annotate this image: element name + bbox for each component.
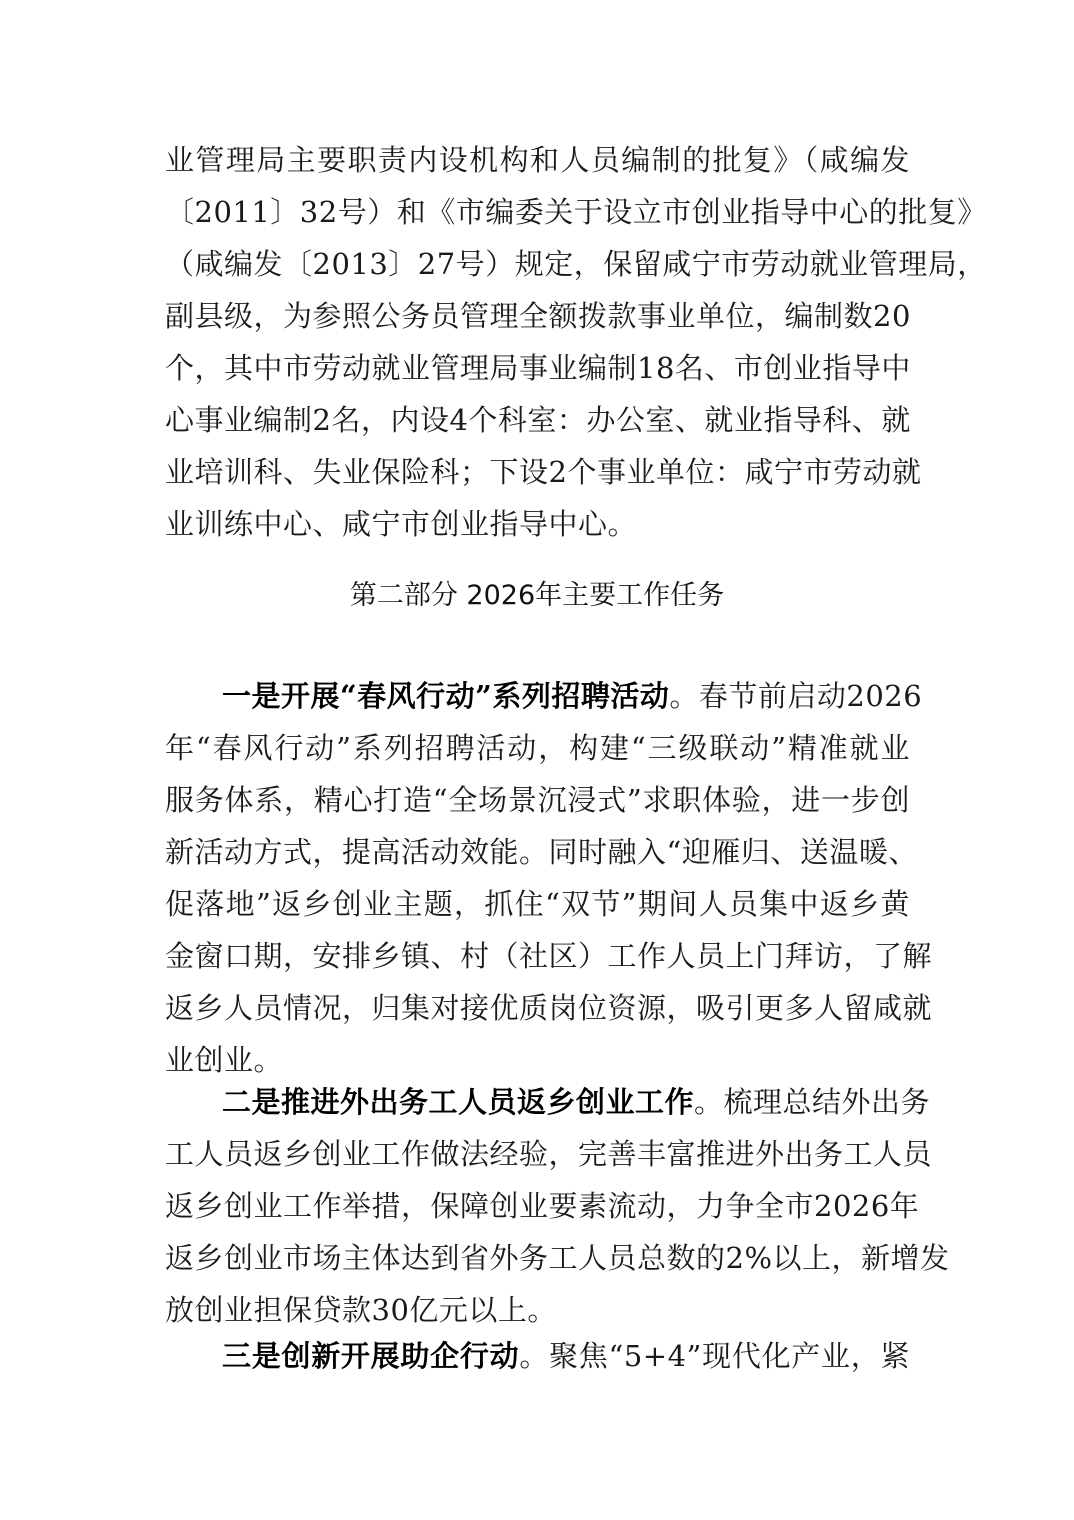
text-line: 业管理局主要职责内设机构和人员编制的批复》（咸编发 xyxy=(165,140,910,180)
item-text: 。聚焦“5+4”现代化产业，紧 xyxy=(519,1339,910,1373)
text-line: 〔2011〕32号）和《市编委关于设立市创业指导中心的批复》 xyxy=(165,192,910,232)
text-line-first: 三是创新开展助企行动。聚焦“5+4”现代化产业，紧 xyxy=(222,1336,910,1376)
text-line-first: 一是开展“春风行动”系列招聘活动。春节前启动2026 xyxy=(222,676,910,716)
text-line: 心事业编制2名，内设4个科室：办公室、就业指导科、就 xyxy=(165,400,910,440)
item-lead: 二是推进外出务工人员返乡创业工作 xyxy=(222,1085,694,1119)
text-line-first: 二是推进外出务工人员返乡创业工作。梳理总结外出务 xyxy=(222,1082,910,1122)
text-line: 业创业。 xyxy=(165,1040,910,1080)
item-text: 。梳理总结外出务 xyxy=(694,1085,930,1119)
text-line: 放创业担保贷款30亿元以上。 xyxy=(165,1290,910,1330)
text-line: 返乡人员情况，归集对接优质岗位资源，吸引更多人留咸就 xyxy=(165,988,910,1028)
text-line: 新活动方式，提高活动效能。同时融入“迎雁归、送温暖、 xyxy=(165,832,910,872)
text-line: 年“春风行动”系列招聘活动，构建“三级联动”精准就业 xyxy=(165,728,910,768)
text-line: 工人员返乡创业工作做法经验，完善丰富推进外出务工人员 xyxy=(165,1134,910,1174)
text-line: 个，其中市劳动就业管理局事业编制18名、市创业指导中 xyxy=(165,348,910,388)
text-line: 促落地”返乡创业主题，抓住“双节”期间人员集中返乡黄 xyxy=(165,884,910,924)
text-line: 业培训科、失业保险科；下设2个事业单位：咸宁市劳动就 xyxy=(165,452,910,492)
item-lead: 一是开展“春风行动”系列招聘活动 xyxy=(222,679,669,713)
item-text: 。春节前启动2026 xyxy=(669,679,922,713)
text-line: 服务体系，精心打造“全场景沉浸式”求职体验，进一步创 xyxy=(165,780,910,820)
text-line: 业训练中心、咸宁市创业指导中心。 xyxy=(165,504,910,544)
text-line: （咸编发〔2013〕27号）规定，保留咸宁市劳动就业管理局， xyxy=(165,244,910,284)
text-line: 金窗口期，安排乡镇、村（社区）工作人员上门拜访，了解 xyxy=(165,936,910,976)
item-lead: 三是创新开展助企行动 xyxy=(222,1339,519,1373)
section-heading: 第二部分 2026年主要工作任务 xyxy=(0,576,1074,616)
document-page: 业管理局主要职责内设机构和人员编制的批复》（咸编发 〔2011〕32号）和《市编… xyxy=(0,0,1074,1520)
text-line: 副县级，为参照公务员管理全额拨款事业单位，编制数20 xyxy=(165,296,910,336)
text-line: 返乡创业市场主体达到省外务工人员总数的2%以上，新增发 xyxy=(165,1238,910,1278)
text-line: 返乡创业工作举措，保障创业要素流动，力争全市2026年 xyxy=(165,1186,910,1226)
